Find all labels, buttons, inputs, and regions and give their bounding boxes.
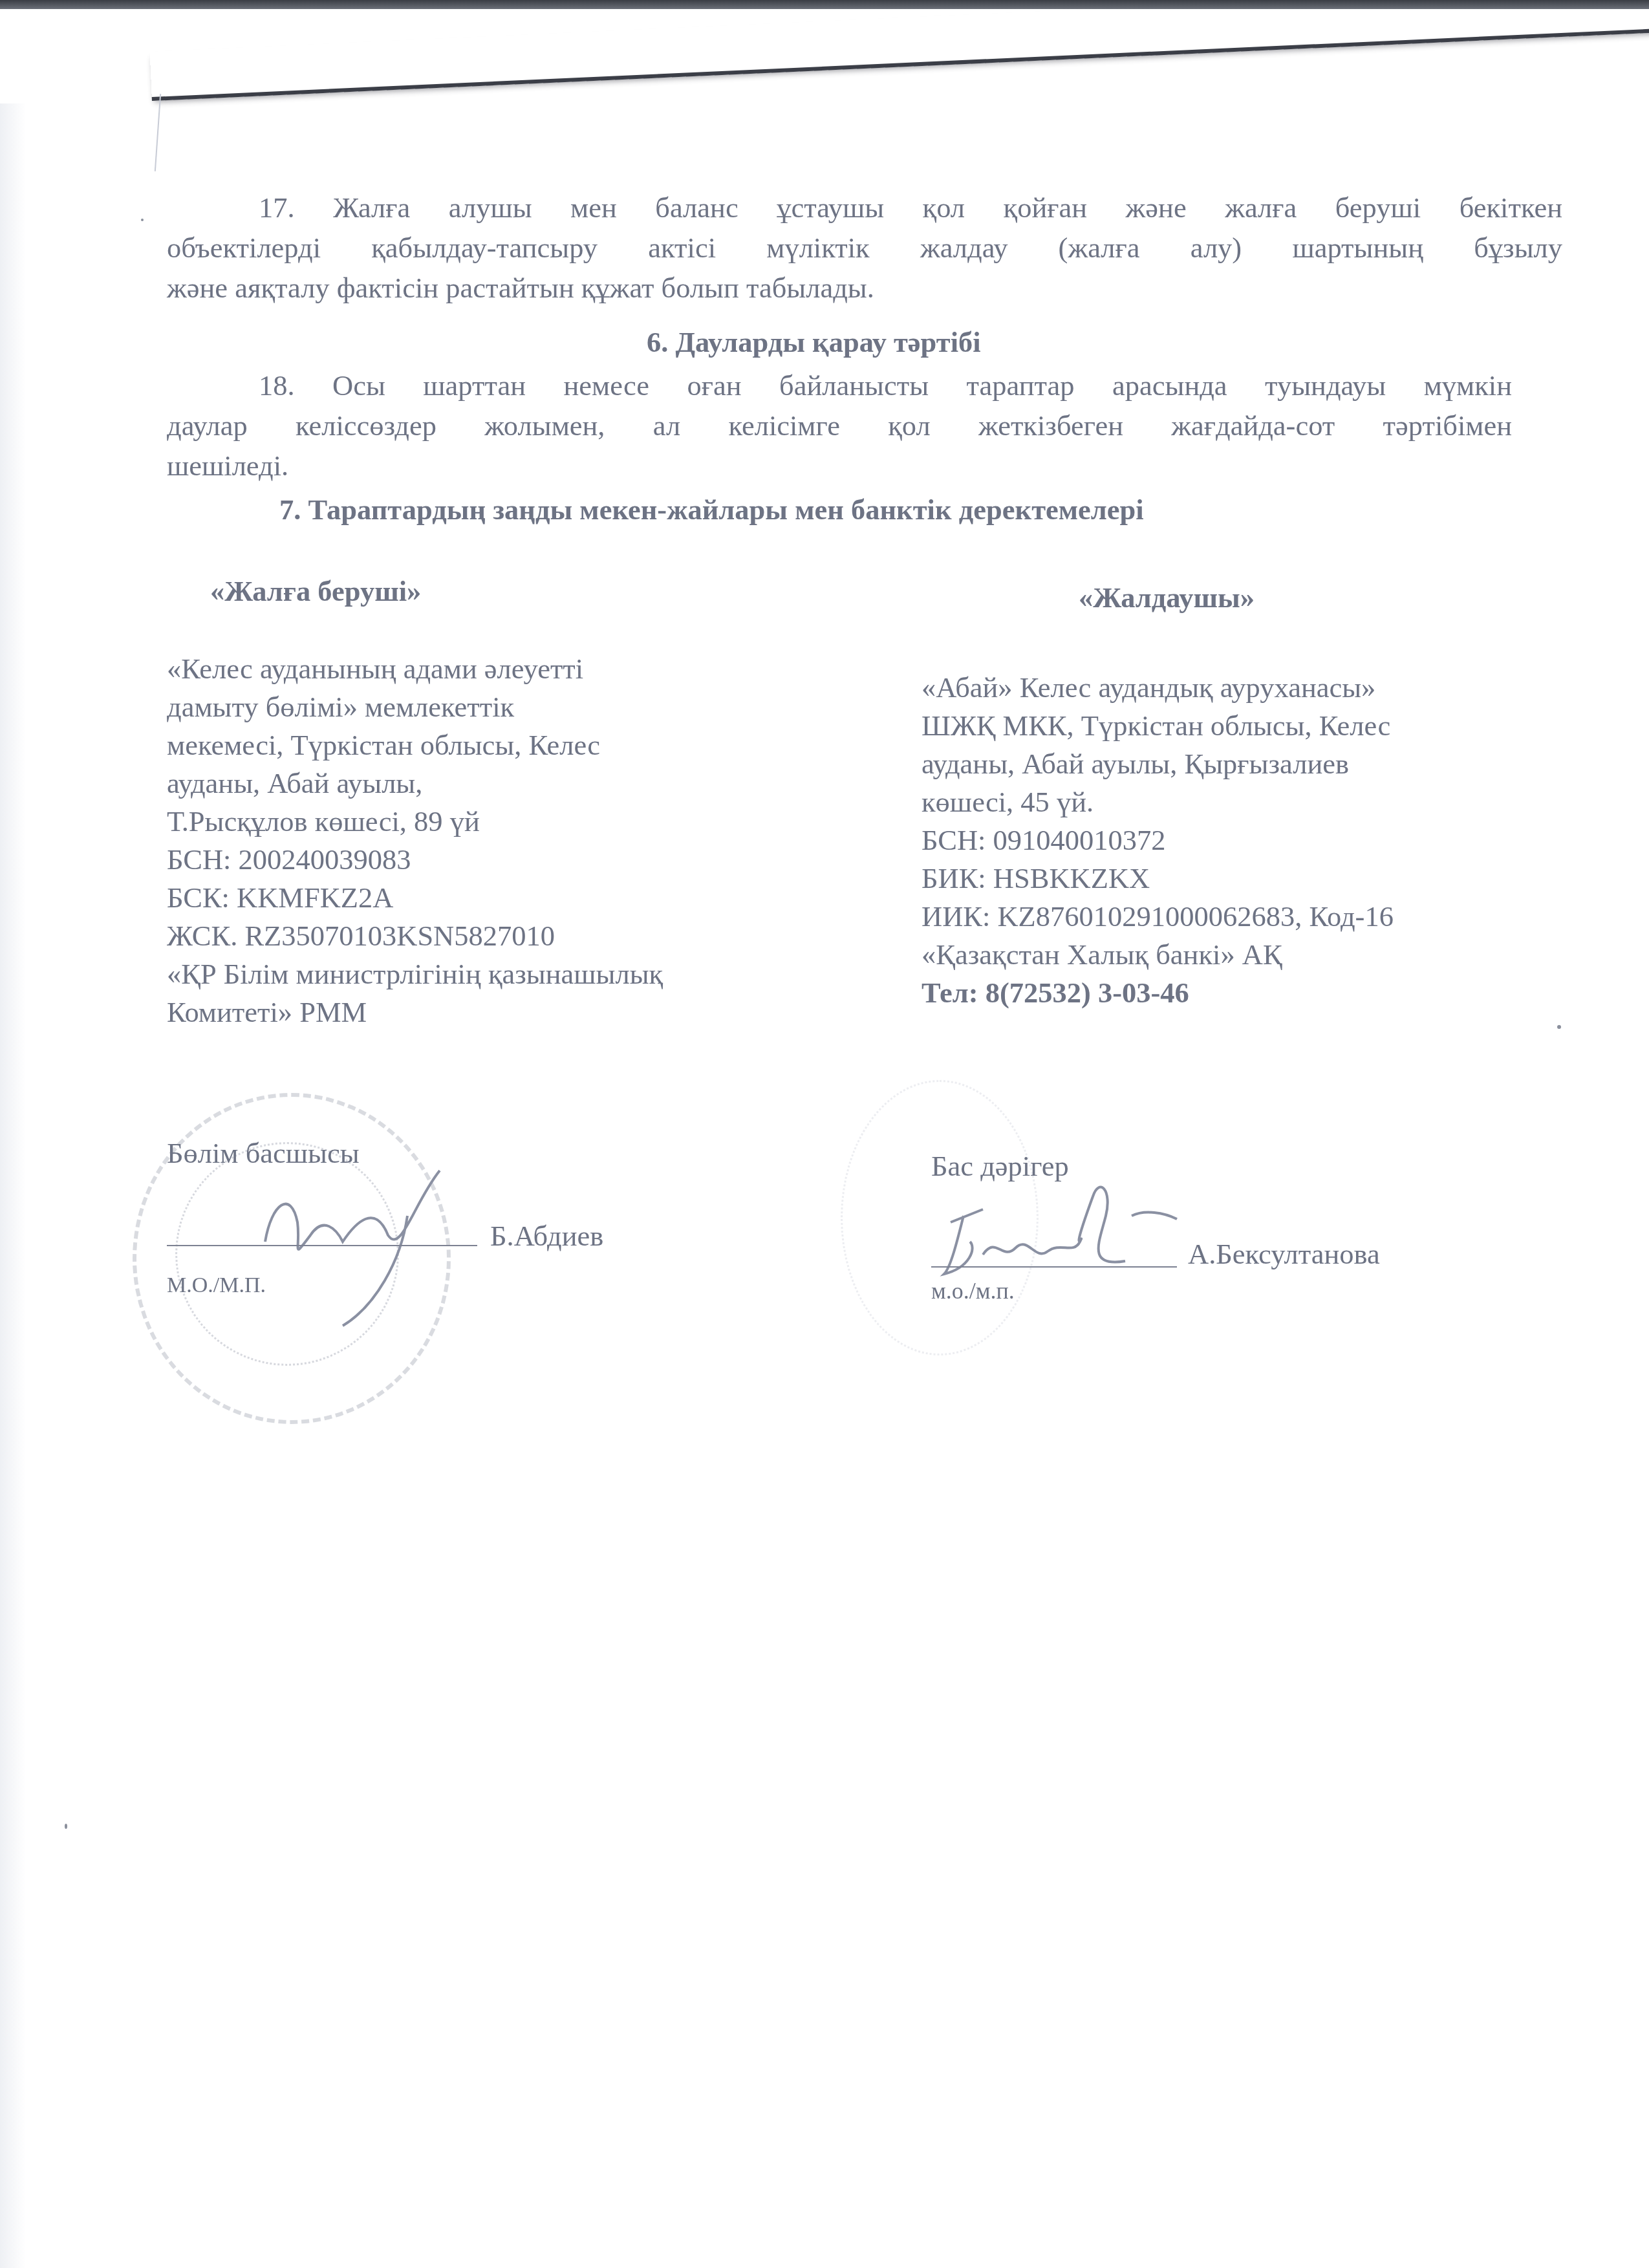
lessor-signature-line	[167, 1245, 477, 1246]
lessor-signatory: Б.Абдиев	[490, 1216, 603, 1256]
lessee-detail-line: ШЖҚ МКК, Түркістан облысы, Келес	[921, 707, 1394, 745]
scan-speck	[65, 1824, 67, 1829]
section-7-heading: 7. Тараптардың заңды мекен-жайлары мен б…	[279, 493, 1144, 526]
lessor-heading: «Жалға беруші»	[210, 574, 421, 608]
lessee-iik: ИИК: KZ876010291000062683, Код-16	[921, 898, 1394, 936]
lessor-details: «Келес ауданының адами әлеуетті дамыту б…	[167, 650, 663, 1031]
lessor-iik: ЖСК. RZ35070103KSN5827010	[167, 917, 663, 955]
lessee-bin: БСН: 091040010372	[921, 821, 1394, 859]
lessee-detail-line: «Абай» Келес аудандық ауруханасы»	[921, 669, 1394, 707]
lessee-heading: «Жалдаушы»	[1079, 581, 1255, 614]
clause-18-line: даулар келіссөздер жолымен, ал келісімге…	[167, 405, 1512, 446]
lessee-bik: БИК: HSBKKZKX	[921, 859, 1394, 898]
lessor-bin: БСН: 200240039083	[167, 841, 663, 879]
clause-17-line: объектілерді қабылдау-тапсыру актісі мүл…	[167, 228, 1562, 268]
clause-18-line: 18. Осы шарттан немесе оған байланысты т…	[167, 365, 1512, 405]
lessee-seal-label: м.о./м.п.	[931, 1271, 1015, 1311]
scan-speck	[141, 219, 144, 221]
lessor-bank: Комитеті» РММ	[167, 993, 663, 1031]
scan-shadow	[0, 103, 26, 2268]
lessor-seal-label: М.О./М.П.	[167, 1266, 266, 1306]
clause-17: 17. Жалға алушы мен баланс ұстаушы қол қ…	[167, 188, 1562, 308]
lessor-detail-line: ауданы, Абай ауылы,	[167, 764, 663, 803]
lessee-signature-line	[931, 1266, 1177, 1268]
page-crease	[155, 94, 161, 171]
lessor-detail-line: «Келес ауданының адами әлеуетті	[167, 650, 663, 688]
lessor-signature	[246, 1164, 459, 1332]
lessee-detail-line: көшесі, 45 үй.	[921, 783, 1394, 821]
lessee-bank: «Қазақстан Халық банкі» АҚ	[921, 936, 1394, 974]
clause-18: 18. Осы шарттан немесе оған байланысты т…	[167, 365, 1512, 486]
lessee-detail-line: ауданы, Абай ауылы, Қырғызалиев	[921, 745, 1394, 783]
lessee-signatory: А.Бексултанова	[1188, 1234, 1380, 1274]
lessor-detail-line: дамыту бөлімі» мемлекеттік	[167, 688, 663, 726]
clause-17-line: және аяқталу фактісін растайтын құжат бо…	[167, 268, 1562, 308]
section-6-heading: 6. Дауларды қарау тәртібі	[647, 325, 981, 359]
lessor-detail-line: Т.Рысқұлов көшесі, 89 үй	[167, 803, 663, 841]
lessee-phone: Тел: 8(72532) 3-03-46	[921, 974, 1394, 1012]
clause-18-line: шешіледі.	[167, 446, 1512, 486]
page-fold-edge	[150, 0, 1649, 101]
lessor-detail-line: мекемесі, Түркістан облысы, Келес	[167, 726, 663, 764]
lessor-bank: «ҚР Білім министрлігінің қазынашылық	[167, 955, 663, 993]
scan-speck	[1557, 1025, 1561, 1029]
lessee-details: «Абай» Келес аудандық ауруханасы» ШЖҚ МК…	[921, 669, 1394, 1012]
clause-17-line: 17. Жалға алушы мен баланс ұстаушы қол қ…	[167, 188, 1562, 228]
lessor-bik: БСК: KKMFKZ2A	[167, 879, 663, 917]
